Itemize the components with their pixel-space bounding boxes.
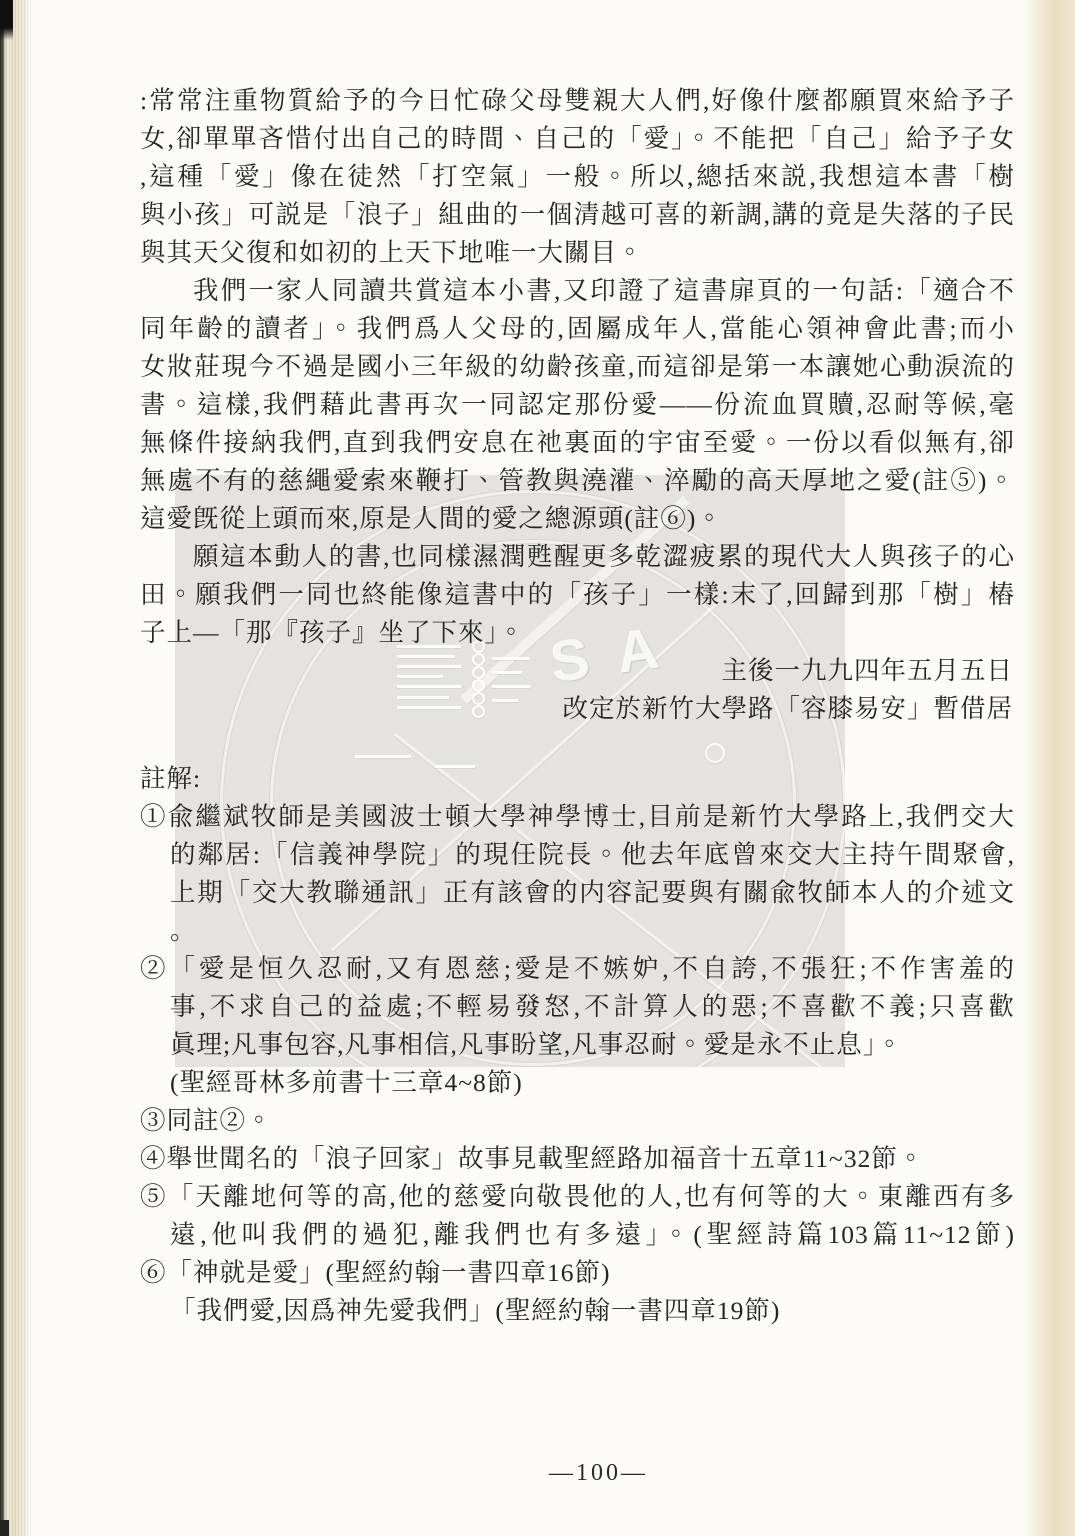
note-line: 事,不求自己的益處;不輕易發怒,不計算人的惡;不喜歡不義;只喜歡: [140, 988, 1015, 1026]
notes-header: 註解:: [140, 760, 1015, 798]
note-line: 。: [140, 912, 1015, 950]
note-line: (聖經哥林多前書十三章4~8節): [140, 1064, 1015, 1102]
body-line: :常常注重物質給予的今日忙碌父母雙親大人們,好像什麼都願買來給予子: [140, 82, 1015, 120]
body-line: 無處不有的慈繩愛索來鞭打、管教與澆灌、淬勵的高天厚地之愛(註⑤)。: [140, 462, 1015, 500]
note-line: ⑤「天離地何等的高,他的慈愛向敬畏他的人,也有何等的大。東離西有多: [140, 1178, 1015, 1216]
note-line: ①兪繼斌牧師是美國波士頓大學神學博士,目前是新竹大學路上,我們交大: [140, 798, 1015, 836]
body-line: 女妝莊現今不過是國小三年級的幼齡孩童,而這卻是第一本讓她心動淚流的: [140, 348, 1015, 386]
body-line: 子上—「那『孩子』坐了下來」。: [140, 614, 1015, 652]
body-line: 書。這樣,我們藉此書再次一同認定那份愛——份流血買贖,忍耐等候,毫: [140, 386, 1015, 424]
binding-bottom-shadow: [0, 1520, 9, 1536]
body-line: 這愛旣從上頭而來,原是人間的愛之總源頭(註⑥)。: [140, 500, 1015, 538]
dateline-date: 主後一九九四年五月五日: [140, 652, 1015, 690]
scanned-book-page: SA :常常注重物質給予: [0, 0, 1075, 1536]
body-line: 無條件接納我們,直到我們安息在祂裏面的宇宙至愛。一份以看似無有,卻: [140, 424, 1015, 462]
note-line: 「我們愛,因爲神先愛我們」(聖經約翰一書四章19節): [140, 1292, 1015, 1330]
note-line: 上期「交大教聯通訊」正有該會的内容記要與有關兪牧師本人的介述文字: [140, 874, 1015, 912]
body-line: 同年齡的讀者」。我們爲人父母的,固屬成年人,當能心領神會此書;而小: [140, 310, 1015, 348]
body-line: ,這種「愛」像在徒然「打空氣」一般。所以,總括來説,我想這本書「樹: [140, 158, 1015, 196]
body-line: 與其天父復和如初的上天下地唯一大關目。: [140, 234, 1015, 272]
note-line: 遠,他叫我們的過犯,離我們也有多遠」。(聖經詩篇103篇11~12節): [140, 1216, 1015, 1254]
note-line: ⑥「神就是愛」(聖經約翰一書四章16節): [140, 1254, 1015, 1292]
page-number: —100—: [140, 1460, 1015, 1487]
body-line: 田。願我們一同也終能像這書中的「孩子」一樣:末了,回歸到那「樹」樁: [140, 576, 1015, 614]
note-line: ④舉世聞名的「浪子回家」故事見載聖經路加福音十五章11~32節。: [140, 1140, 1015, 1178]
binding-top-shadow: [0, 0, 13, 40]
note-line: ③同註②。: [140, 1102, 1015, 1140]
note-line: 的鄰居:「信義神學院」的現任院長。他去年底曾來交大主持午間聚會,: [140, 836, 1015, 874]
body-line: 女,卻單單吝惜付出自己的時間、自己的「愛」。不能把「自己」給予子女: [140, 120, 1015, 158]
body-line: 我們一家人同讀共賞這本小書,又印證了這書扉頁的一句話:「適合不: [140, 272, 1015, 310]
note-line: 眞理;凡事包容,凡事相信,凡事盼望,凡事忍耐。愛是永不止息」。: [140, 1026, 1015, 1064]
body-line: 與小孩」可説是「浪子」組曲的一個清越可喜的新調,講的竟是失落的子民: [140, 196, 1015, 234]
page-text-column: :常常注重物質給予的今日忙碌父母雙親大人們,好像什麼都願買來給予子 女,卻單單吝…: [140, 82, 1015, 1330]
body-line: 願這本動人的書,也同樣濕潤甦醒更多乾澀疲累的現代大人與孩子的心: [140, 538, 1015, 576]
book-binding-edge: [0, 0, 32, 1536]
page-curl-shading: [1023, 0, 1075, 1536]
dateline-place: 改定於新竹大學路「容膝易安」暫借居: [140, 690, 1015, 728]
note-line: ②「愛是恒久忍耐,又有恩慈;愛是不嫉妒,不自誇,不張狂;不作害羞的: [140, 950, 1015, 988]
section-gap: [140, 728, 1015, 760]
